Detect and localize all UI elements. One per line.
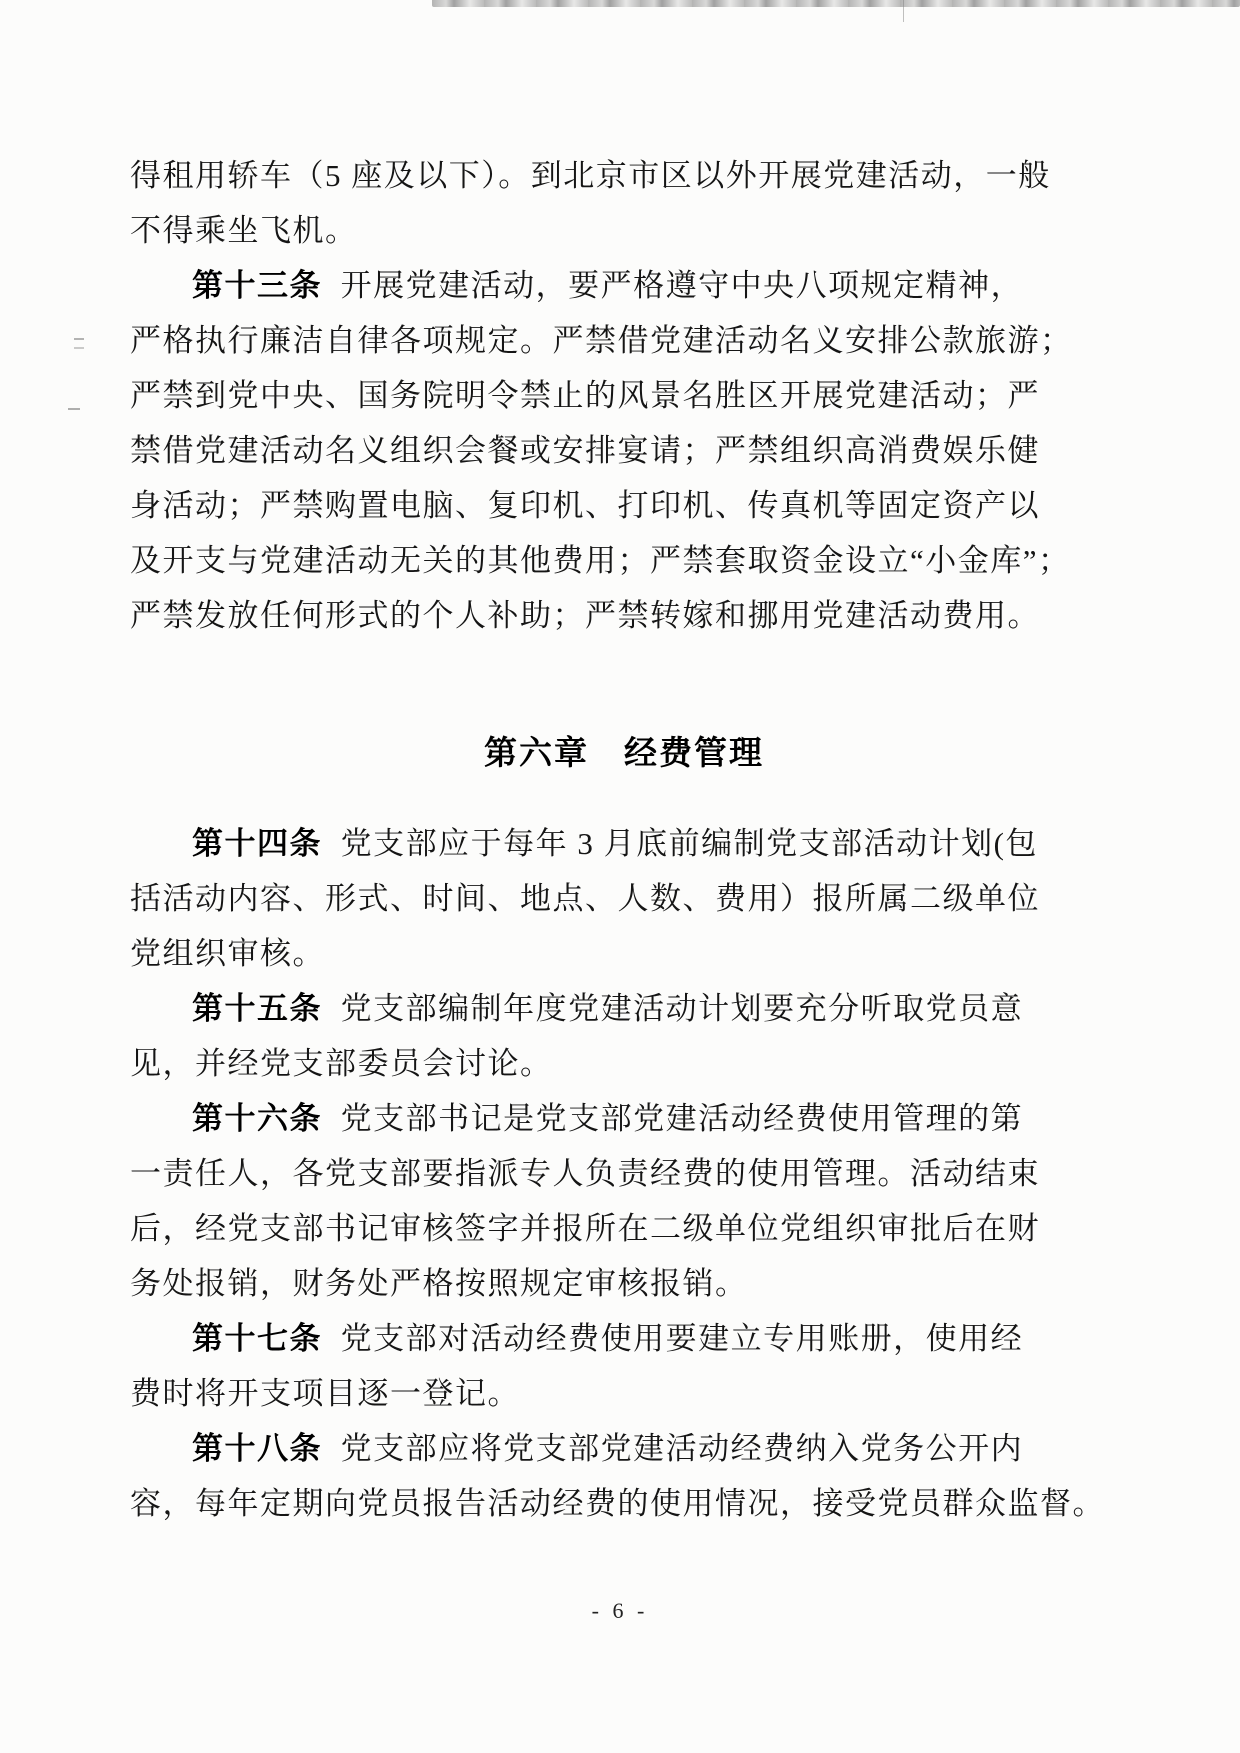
text-line: 后，经党支部书记审核签字并报所在二级单位党组织审批后在财 xyxy=(130,1201,1118,1256)
text-line-content: 见，并经党支部委员会讨论。 xyxy=(130,1046,553,1081)
text-line: 严禁到党中央、国务院明令禁止的风景名胜区开展党建活动；严 xyxy=(130,368,1118,423)
article-number: 第十八条 xyxy=(192,1431,322,1466)
text-line: 见，并经党支部委员会讨论。 xyxy=(130,1036,1118,1091)
text-line: 不得乘坐飞机。 xyxy=(130,203,1118,258)
chapter-heading: 第六章 经费管理 xyxy=(130,725,1118,780)
text-line-content: 容，每年定期向党员报告活动经费的使用情况，接受党员群众监督。 xyxy=(130,1486,1105,1521)
text-line-content: 及开支与党建活动无关的其他费用；严禁套取资金设立“小金库”； xyxy=(130,543,1071,578)
text-line: 费时将开支项目逐一登记。 xyxy=(130,1366,1118,1421)
text-line: 容，每年定期向党员报告活动经费的使用情况，接受党员群众监督。 xyxy=(130,1476,1118,1531)
scan-artifact-vertical-line xyxy=(903,0,904,22)
text-line: 及开支与党建活动无关的其他费用；严禁套取资金设立“小金库”； xyxy=(130,533,1118,588)
text-line-content: 严禁到党中央、国务院明令禁止的风景名胜区开展党建活动；严 xyxy=(130,378,1040,413)
text-line-content: 得租用轿车（5 座及以下）。到北京市区以外开展党建活动，一般 xyxy=(130,158,1051,193)
text-line-content: 不得乘坐飞机。 xyxy=(130,213,358,248)
article-number: 第十六条 xyxy=(192,1101,322,1136)
text-line-content: 开展党建活动，要严格遵守中央八项规定精神， xyxy=(341,268,1024,303)
text-line: 第十三条开展党建活动，要严格遵守中央八项规定精神， xyxy=(130,258,1118,313)
text-line: 严禁发放任何形式的个人补助；严禁转嫁和挪用党建活动费用。 xyxy=(130,588,1118,643)
text-line: 第十六条党支部书记是党支部党建活动经费使用管理的第 xyxy=(130,1091,1118,1146)
text-line: 第十八条党支部应将党支部党建活动经费纳入党务公开内 xyxy=(130,1421,1118,1476)
text-line-content: 身活动；严禁购置电脑、复印机、打印机、传真机等固定资产以 xyxy=(130,488,1040,523)
article-number: 第十三条 xyxy=(192,268,322,303)
text-line: 务处报销，财务处严格按照规定审核报销。 xyxy=(130,1256,1118,1311)
text-line-content: 党支部对活动经费使用要建立专用账册，使用经 xyxy=(341,1321,1024,1356)
text-line: 第十四条党支部应于每年 3 月底前编制党支部活动计划(包 xyxy=(130,816,1118,871)
text-line-content: 务处报销，财务处严格按照规定审核报销。 xyxy=(130,1266,748,1301)
document-body: 得租用轿车（5 座及以下）。到北京市区以外开展党建活动，一般 不得乘坐飞机。 第… xyxy=(130,148,1118,1531)
text-line-content: 严格执行廉洁自律各项规定。严禁借党建活动名义安排公款旅游； xyxy=(130,323,1073,358)
text-line-content: 党支部书记是党支部党建活动经费使用管理的第 xyxy=(341,1101,1024,1136)
text-line-content: 党组织审核。 xyxy=(130,936,325,971)
text-line: 禁借党建活动名义组织会餐或安排宴请；严禁组织高消费娱乐健 xyxy=(130,423,1118,478)
text-line-content: 括活动内容、形式、时间、地点、人数、费用）报所属二级单位 xyxy=(130,881,1040,916)
article-number: 第十七条 xyxy=(192,1321,322,1356)
text-line-content: 党支部应将党支部党建活动经费纳入党务公开内 xyxy=(341,1431,1024,1466)
text-line: 党组织审核。 xyxy=(130,926,1118,981)
page-number: - 6 - xyxy=(0,1598,1240,1624)
article-number: 第十四条 xyxy=(192,826,322,861)
text-line: 身活动；严禁购置电脑、复印机、打印机、传真机等固定资产以 xyxy=(130,478,1118,533)
text-line: 第十五条党支部编制年度党建活动计划要充分听取党员意 xyxy=(130,981,1118,1036)
text-line: 第十七条党支部对活动经费使用要建立专用账册，使用经 xyxy=(130,1311,1118,1366)
text-line-content: 严禁发放任何形式的个人补助；严禁转嫁和挪用党建活动费用。 xyxy=(130,598,1040,633)
text-line-content: 后，经党支部书记审核签字并报所在二级单位党组织审批后在财 xyxy=(130,1211,1040,1246)
text-line-content: 费时将开支项目逐一登记。 xyxy=(130,1376,520,1411)
text-line: 严格执行廉洁自律各项规定。严禁借党建活动名义安排公款旅游； xyxy=(130,313,1118,368)
scan-artifact-margin-mark xyxy=(74,338,84,349)
text-line: 括活动内容、形式、时间、地点、人数、费用）报所属二级单位 xyxy=(130,871,1118,926)
text-line-content: 党支部编制年度党建活动计划要充分听取党员意 xyxy=(341,991,1024,1026)
scan-artifact-top-band xyxy=(432,0,1240,7)
text-line-content: 禁借党建活动名义组织会餐或安排宴请；严禁组织高消费娱乐健 xyxy=(130,433,1040,468)
article-number: 第十五条 xyxy=(192,991,322,1026)
scan-artifact-margin-mark xyxy=(68,408,80,410)
text-line-content: 党支部应于每年 3 月底前编制党支部活动计划(包 xyxy=(341,826,1038,861)
text-line-content: 一责任人，各党支部要指派专人负责经费的使用管理。活动结束 xyxy=(130,1156,1040,1191)
text-line: 得租用轿车（5 座及以下）。到北京市区以外开展党建活动，一般 xyxy=(130,148,1118,203)
text-line: 一责任人，各党支部要指派专人负责经费的使用管理。活动结束 xyxy=(130,1146,1118,1201)
